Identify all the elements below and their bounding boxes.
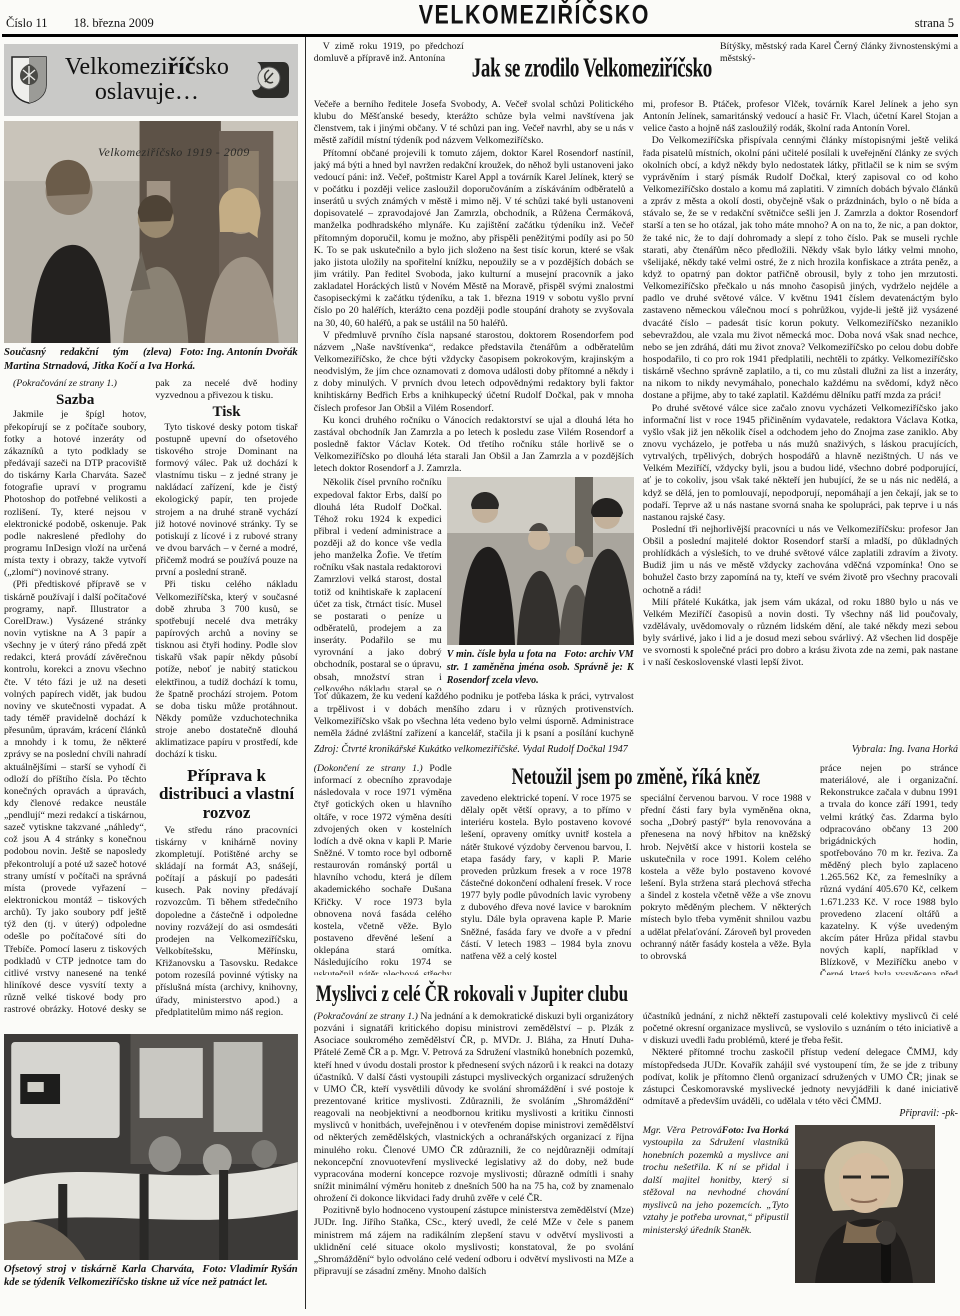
speaker-photo-credit: Foto: Iva Horká (722, 1125, 789, 1137)
article-zrodilo: V zimě roku 1919, po předchozí domluvě a… (314, 41, 958, 755)
body-paragraph: Večeře a berního ředitele Josefa Svobody… (314, 99, 634, 148)
intro-start: V zimě roku 1919, po předchozí domluvě a… (314, 41, 464, 65)
offset-press-photo (4, 1034, 298, 1260)
banner-title-part: sko (195, 54, 228, 80)
anniversary-banner: Velkomeziříčsko oslavuje… (4, 44, 298, 116)
body-paragraph: Ku konci druhého ročníku o Vánocích reda… (314, 415, 634, 476)
zrodilo-headline: Jak se zrodilo Velkomeziříčsko (472, 53, 712, 85)
archive-photo-block: Foto: archiv VM V min. čísle byla u fota… (447, 477, 634, 691)
speaker-photo (795, 1125, 935, 1283)
netouzil-col-2: zavedeno elektrické topení. V roce 1975 … (461, 793, 632, 969)
newspaper-page: Číslo 11 18. března 2009 VELKOMEZIŘÍČSKO… (0, 0, 960, 1316)
source-line: Zdroj: Čtvrté kronikářské Kukátko velkom… (314, 744, 958, 755)
body-text: Podle informací z obecního zpravodaje ná… (314, 763, 452, 975)
right-snippet: Bítýšky, městský rada Karel Černý články… (720, 41, 958, 65)
body-paragraph: Jakmile je špígl hotov, překopírují se z… (4, 409, 146, 579)
issue-number: Číslo 11 (6, 16, 48, 31)
netouzil-col-4: práce nejen po stránce materiálové, ale … (820, 763, 958, 975)
article-myslivci: Myslivci z celé ČR rokovali v Jupiter cl… (314, 984, 958, 1283)
netouzil-col-3: speciální červenou barvou. V roce 1988 v… (640, 793, 811, 969)
left-region: Velkomeziříčsko oslavuje… (0, 37, 306, 1309)
myslivci-headline: Myslivci z celé ČR rokovali v Jupiter cl… (316, 981, 958, 1008)
coat-of-arms-icon (11, 56, 47, 104)
body-paragraph: Do Velkomeziříčska přispívala cennými čl… (643, 135, 958, 402)
archive-photo-credit: Foto: archiv VM (556, 648, 633, 661)
heading-tisk: Tisk (155, 405, 297, 421)
banner-subtitle: oslavuje… (95, 79, 199, 105)
body-paragraph: Ve středu ráno pracovníci tiskárny v kni… (155, 825, 297, 1019)
body-paragraph: Pozitivně bylo hodnoceno vystoupení zást… (314, 1205, 634, 1278)
netouzil-headline: Netoužil jsem po změně, říká kněz (461, 764, 811, 791)
body-paragraph: Toť důkazem, že ku vedení každého podnik… (314, 691, 634, 741)
banner-title-part: Velkomezi (65, 54, 168, 80)
anniversary-badge-icon (247, 58, 291, 102)
team-photo-caption: Foto: Ing. Antonín Dvořák Současný redak… (4, 346, 298, 374)
continuation-note: (Pokračování ze strany 1.) (314, 1011, 418, 1022)
body-paragraph: Milí přátelé Kukátka, jak jsem vám ukáza… (643, 597, 958, 670)
body-paragraph: Tyto tiskové desky potom tiskař postupně… (155, 422, 297, 580)
netouzil-col-1: (Dokončení ze strany 1.) Podle informací… (314, 763, 452, 975)
body-paragraph: Několik čísel prvního ročníku expedoval … (314, 477, 442, 691)
heading-sazba: Sazba (4, 393, 146, 409)
body-paragraph: účastníků jednání, z nichž někteří zastu… (643, 1011, 958, 1047)
speaker-photo-caption: Foto: Iva Horká Mgr. Věra Petrová vystou… (643, 1125, 789, 1283)
editorial-team-photo: Velkomeziříčsko 1919 - 2009 (4, 121, 298, 343)
zrodilo-left-column: Večeře a berního ředitele Josefa Svobody… (314, 99, 634, 741)
press-photo-caption: Foto: Vladimír Ryšán Ofsetový stroj v ti… (4, 1263, 298, 1291)
archive-men-photo (447, 477, 634, 645)
body-paragraph: Po druhé světové válce sice začalo znovu… (643, 403, 958, 524)
press-photo-credit: Foto: Vladimír Ryšán (195, 1263, 298, 1277)
source-text: Zdroj: Čtvrté kronikářské Kukátko velkom… (314, 744, 628, 755)
source-byline: Vybrala: Ing. Ivana Horká (852, 744, 958, 755)
masthead-title: VELKOMEZIŘÍČSKO (419, 0, 650, 31)
myslivci-byline: Připravil: -pk- (643, 1108, 958, 1119)
issue-date: 18. března 2009 (74, 16, 154, 31)
body-paragraph: mi, profesor B. Ptáček, profesor Vlček, … (643, 99, 958, 135)
photo-overlay-text: Velkomeziříčsko 1919 - 2009 (98, 145, 250, 160)
article-production: (Pokračování ze strany 1.) Sazba Jakmile… (4, 378, 298, 1028)
body-paragraph: Některé přítomné trochu zaskočil přístup… (643, 1047, 958, 1108)
article-netouzil: (Dokončení ze strany 1.) Podle informací… (314, 763, 958, 975)
page-header: Číslo 11 18. března 2009 VELKOMEZIŘÍČSKO… (0, 0, 960, 34)
heading-priprava: Příprava k distribuci a vlastní rozvoz (155, 767, 297, 823)
body-paragraph: Poslední tři nejhorlivější pracovníci u … (643, 524, 958, 597)
page-number: strana 5 (915, 16, 954, 31)
team-photo-credit: Foto: Ing. Antonín Dvořák (172, 346, 298, 360)
body-paragraph: Při tisku celého nákladu Velkomeziříčska… (155, 579, 297, 761)
myslivci-right-column: účastníků jednání, z nichž někteří zastu… (643, 1011, 958, 1283)
body-text: Na jednání a k demokratické diskuzi byli… (314, 1011, 634, 1204)
banner-title: Velkomeziříčsko oslavuje… (47, 55, 247, 105)
continuation-note: (Pokračování ze strany 1.) (4, 378, 146, 390)
myslivci-left-column: (Pokračování ze strany 1.) Na jednání a … (314, 1011, 634, 1283)
zrodilo-right-column: mi, profesor B. Ptáček, profesor Vlček, … (643, 99, 958, 741)
continuation-note: (Dokončení ze strany 1.) (314, 763, 423, 774)
banner-title-part-bold: říč (168, 54, 196, 80)
body-paragraph: Přítomní občané projevili k tomuto zájem… (314, 148, 634, 330)
right-region: V zimě roku 1919, po předchozí domluvě a… (306, 37, 960, 1309)
archive-photo-caption: Foto: archiv VM V min. čísle byla u fota… (447, 648, 634, 687)
body-paragraph: V předmluvě prvního čísla napsané staros… (314, 330, 634, 415)
